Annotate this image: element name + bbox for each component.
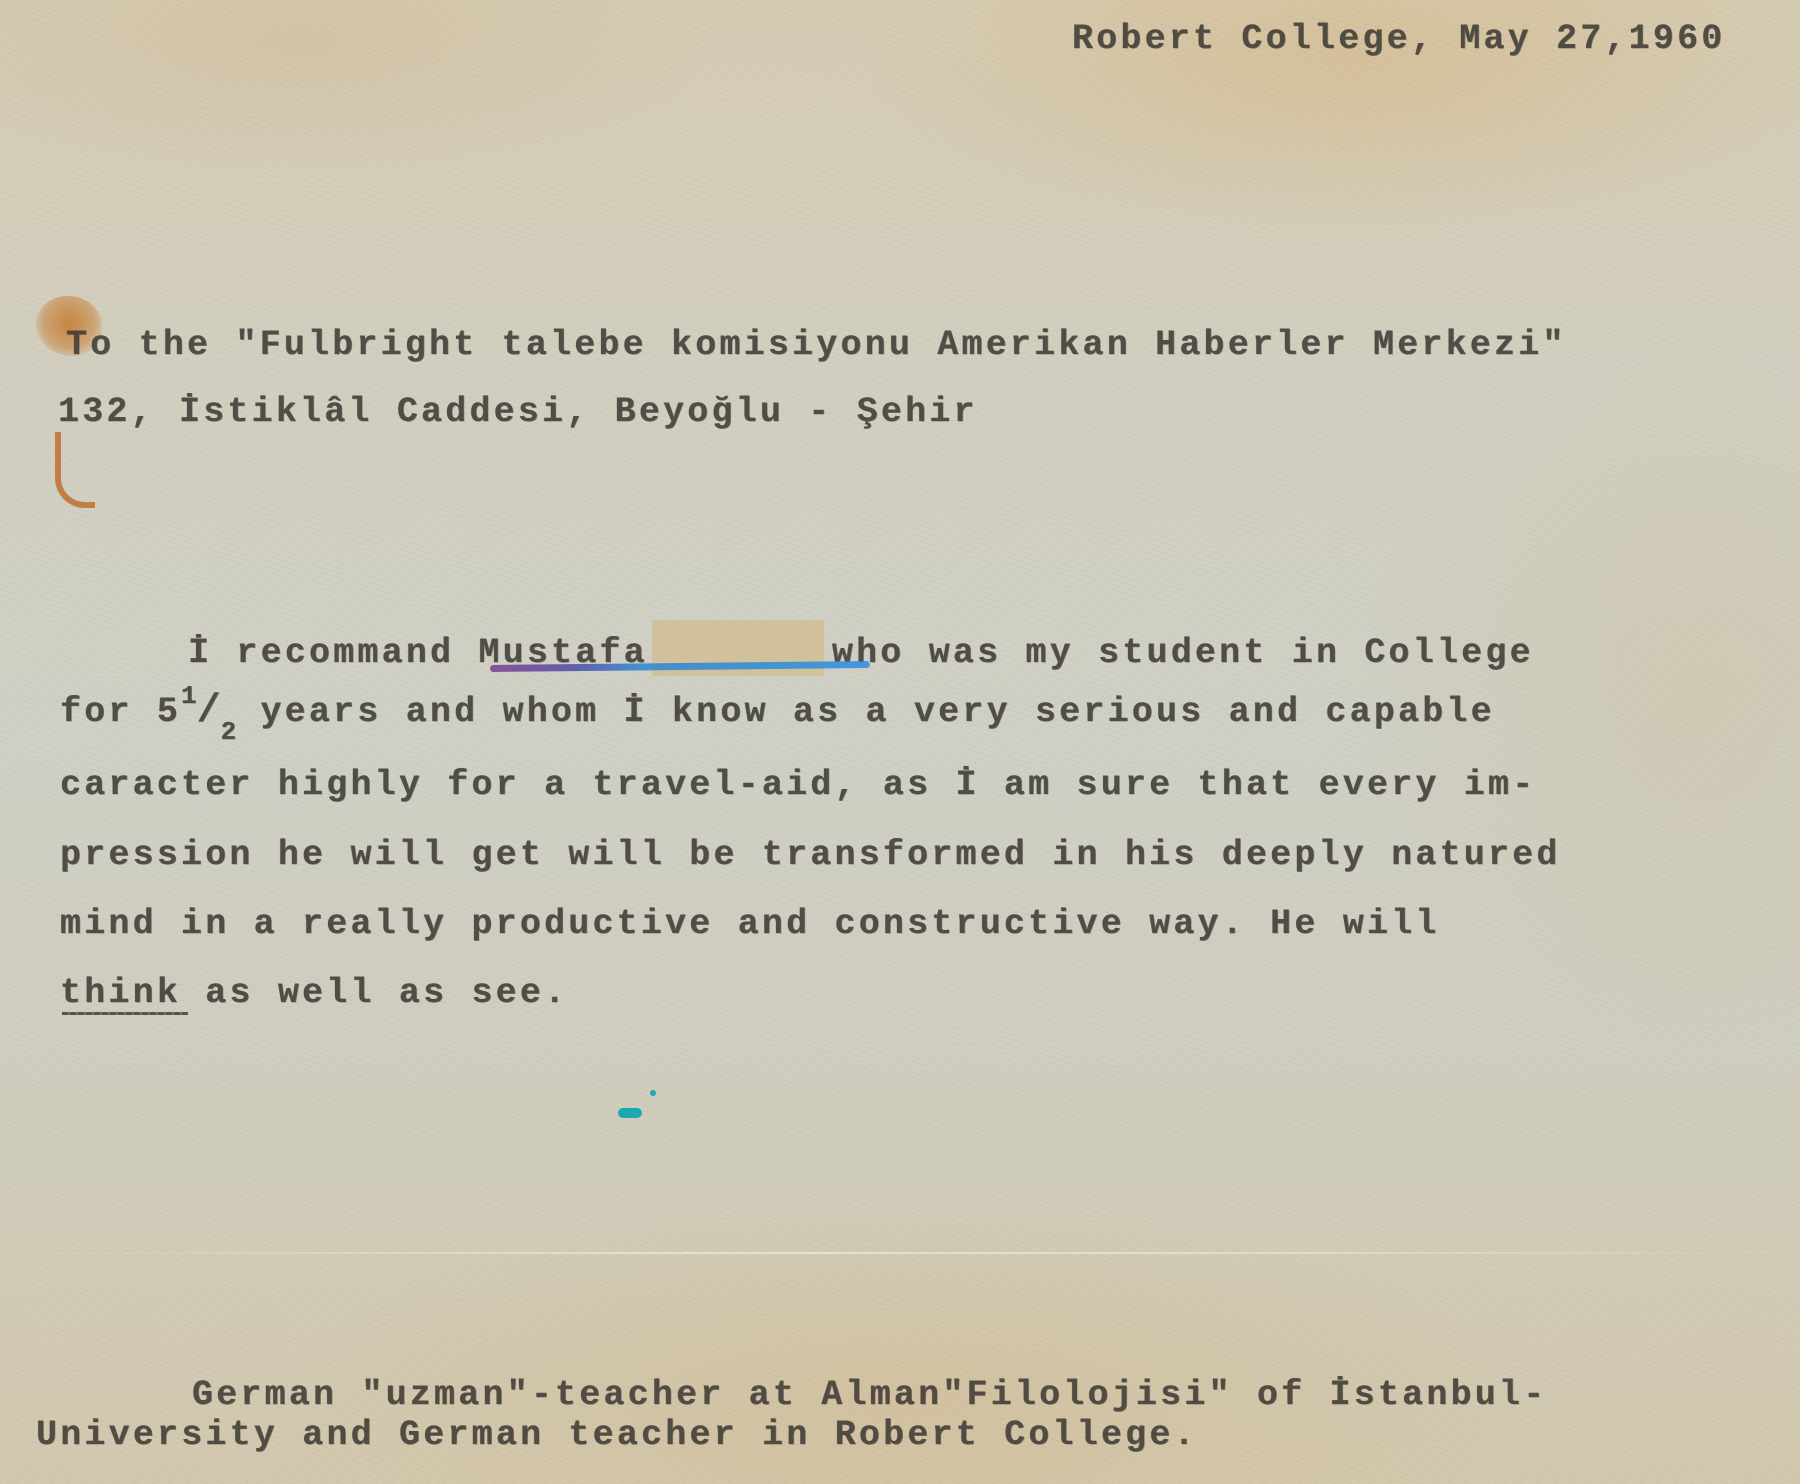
- addressee-line-1: To the "Fulbright talebe komisiyonu Amer…: [66, 328, 1567, 363]
- body-line-2: for 51/2 years and whom İ know as a very…: [60, 692, 1495, 732]
- underlined-word-think: think: [60, 973, 181, 1013]
- body-line-2-suffix: years and whom İ know as a very serious …: [236, 692, 1495, 732]
- fraction-denominator: 2: [221, 717, 237, 747]
- body-line-2-prefix: for 5: [60, 692, 181, 732]
- paper-texture: [0, 0, 1800, 1484]
- body-line-1-end: who was my student in College: [832, 633, 1534, 673]
- ink-speck: [650, 1090, 656, 1096]
- body-line-6: think as well as see.: [60, 976, 568, 1011]
- rust-stain-drip: [55, 432, 95, 508]
- fraction-numerator: 1: [181, 681, 197, 711]
- fraction-slash: /: [197, 689, 221, 734]
- addressee-line-2: 132, İstiklâl Caddesi, Beyoğlu - Şehir: [58, 395, 978, 430]
- signature-line-1: German "uzman"-teacher at Alman"Filoloji…: [192, 1378, 1547, 1413]
- body-line-3: caracter highly for a travel-aid, as İ a…: [60, 768, 1536, 803]
- body-line-6-rest: as well as see.: [181, 973, 568, 1013]
- ink-blot: [618, 1108, 642, 1118]
- body-line-5: mind in a really productive and construc…: [60, 907, 1440, 942]
- place-date-line: Robert College, May 27,1960: [1072, 22, 1726, 57]
- signature-line-2: University and German teacher in Robert …: [36, 1418, 1198, 1453]
- typed-underline-mark: [62, 1012, 188, 1015]
- body-line-4: pression he will get will be transformed…: [60, 838, 1561, 873]
- paper-fold-line: [0, 1252, 1800, 1254]
